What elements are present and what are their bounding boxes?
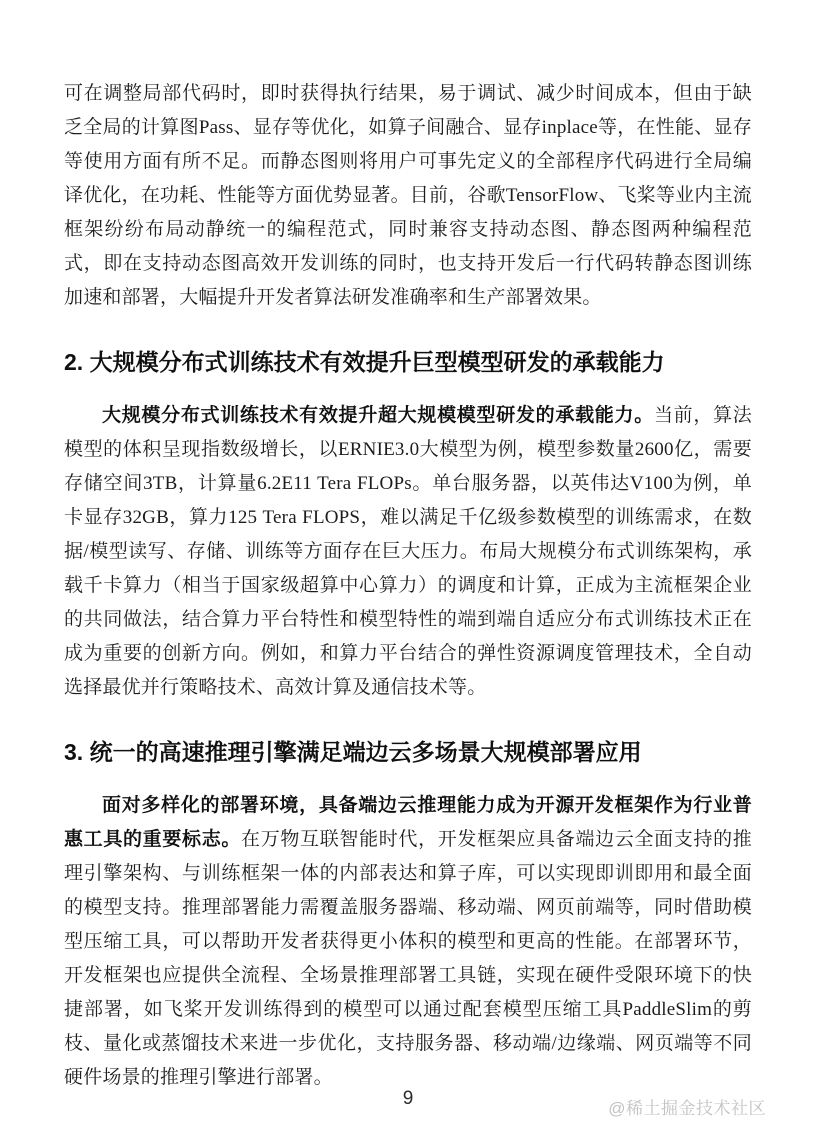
intro-paragraph: 可在调整局部代码时，即时获得执行结果，易于调试、减少时间成本，但由于缺乏全局的计… (64, 77, 752, 315)
section-3-paragraph: 面对多样化的部署环境，具备端边云推理能力成为开源开发框架作为行业普惠工具的重要标… (64, 789, 752, 1095)
section-3-body-text: 在万物互联智能时代，开发框架应具备端边云全面支持的推理引擎架构、与训练框架一体的… (64, 829, 752, 1088)
section-2-heading: 2. 大规模分布式训练技术有效提升巨型模型研发的承载能力 (64, 346, 752, 378)
section-2-paragraph: 大规模分布式训练技术有效提升超大规模模型研发的承载能力。当前，算法模型的体积呈现… (64, 399, 752, 705)
section-3-heading: 3. 统一的高速推理引擎满足端边云多场景大规模部署应用 (64, 736, 752, 768)
watermark-label: @稀土掘金技术社区 (608, 1094, 766, 1119)
document-page: 可在调整局部代码时，即时获得执行结果，易于调试、减少时间成本，但由于缺乏全局的计… (0, 0, 816, 1145)
section-2-body-text: 当前，算法模型的体积呈现指数级增长，以ERNIE3.0大模型为例，模型参数量26… (64, 405, 752, 698)
section-2-lead-text: 大规模分布式训练技术有效提升超大规模模型研发的承载能力。 (102, 405, 654, 426)
